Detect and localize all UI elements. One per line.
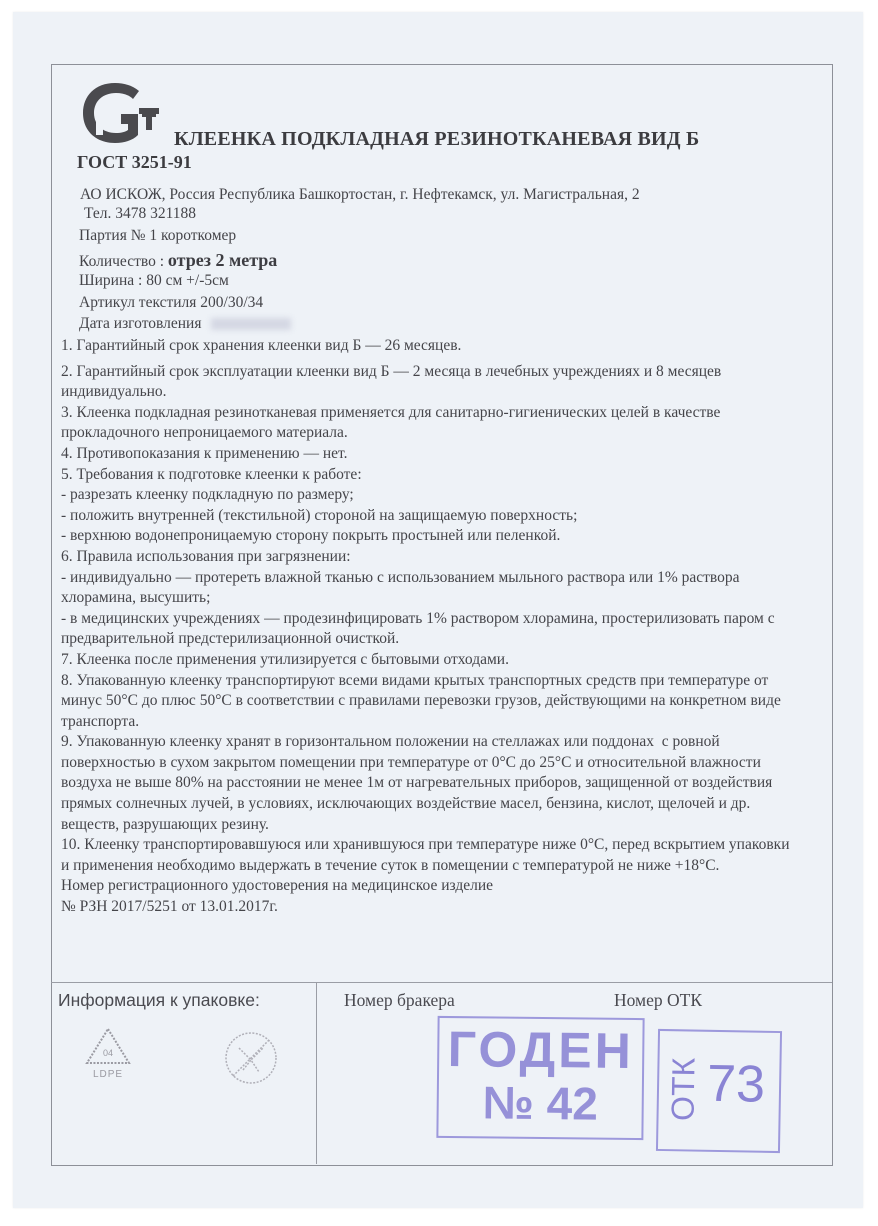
approved-stamp: ГОДЕН № 42 [436, 1016, 644, 1140]
paragraph-8: 8. Упакованную клеенку транспортируют вс… [61, 671, 791, 733]
paragraph-9: 9. Упакованную клеенку хранят в горизонт… [61, 732, 791, 835]
article-info: Артикул текстиля 200/30/34 [79, 294, 263, 312]
paragraph-7: 7. Клеенка после применения утилизируетс… [61, 650, 791, 671]
paragraph-5-item-3: - верхнюю водонепроницаемую сторону покр… [61, 526, 791, 547]
manufacture-date: Дата изготовления [79, 315, 291, 333]
footer-divider [51, 982, 832, 983]
manufacturer-address: АО ИСКОЖ, Россия Республика Башкортостан… [80, 186, 640, 204]
recycle-material: LDPE [93, 1069, 123, 1080]
packaging-info-label: Информация к упаковке: [58, 990, 260, 1011]
product-title: КЛЕЕНКА ПОДКЛАДНАЯ РЕЗИНОТКАНЕВАЯ ВИД Б [174, 128, 699, 151]
paragraph-10: 10. Клеенку транспортировавшуюся или хра… [61, 835, 791, 876]
paragraph-1: 1. Гарантийный срок хранения клеенки вид… [61, 336, 791, 357]
manufacturer-phone: Тел. 3478 321188 [84, 205, 196, 223]
paragraph-5-item-1: - разрезать клеенку подкладную по размер… [61, 485, 791, 506]
manufacture-date-redacted [211, 318, 291, 330]
approved-stamp-number: № 42 [438, 1076, 642, 1130]
do-not-burn-icon [223, 1030, 279, 1086]
paragraph-4: 4. Противопоказания к применению — нет. [61, 444, 791, 465]
paragraph-5: 5. Требования к подготовке клеенки к раб… [61, 465, 791, 486]
batch-info: Партия № 1 короткомер [79, 227, 236, 245]
paragraph-3: 3. Клеенка подкладная резинотканевая при… [61, 403, 791, 444]
qc-stamp-number: 73 [707, 1054, 766, 1115]
instructions: 1. Гарантийный срок хранения клеенки вид… [61, 336, 791, 918]
registration-number: № РЗН 2017/5251 от 13.01.2017г. [61, 897, 791, 918]
registration-label: Номер регистрационного удостоверения на … [61, 876, 791, 897]
quantity-label: Количество : [79, 253, 168, 270]
qc-stamp-label: ОТК [664, 1051, 701, 1128]
paragraph-2: 2. Гарантийный срок эксплуатации клеенки… [61, 362, 791, 403]
standard-number: ГОСТ 3251-91 [77, 152, 192, 173]
footer-column-divider [316, 982, 317, 1164]
quantity-value: отрез 2 метра [168, 250, 277, 270]
recycle-code: 04 [103, 1048, 113, 1058]
width-info: Ширина : 80 см +/-5см [79, 272, 229, 290]
paragraph-6-item-1: - индивидуально — протереть влажной ткан… [61, 568, 791, 609]
approved-stamp-text: ГОДЕН [439, 1022, 643, 1078]
quantity-info: Количество : отрез 2 метра [79, 250, 277, 271]
qc-stamp: ОТК 73 [656, 1029, 782, 1153]
paragraph-5-item-2: - положить внутренней (текстильной) стор… [61, 506, 791, 527]
paragraph-6-item-2: - в медицинских учреждениях — продезинфи… [61, 609, 791, 650]
rst-certification-logo-icon [81, 80, 161, 146]
inspector-number-label: Номер бракера [344, 990, 455, 1011]
recycle-ldpe-icon: 04 LDPE [83, 1025, 133, 1081]
manufacture-date-label: Дата изготовления [79, 315, 201, 332]
qc-number-label: Номер ОТК [614, 990, 702, 1011]
paragraph-6: 6. Правила использования при загрязнении… [61, 547, 791, 568]
